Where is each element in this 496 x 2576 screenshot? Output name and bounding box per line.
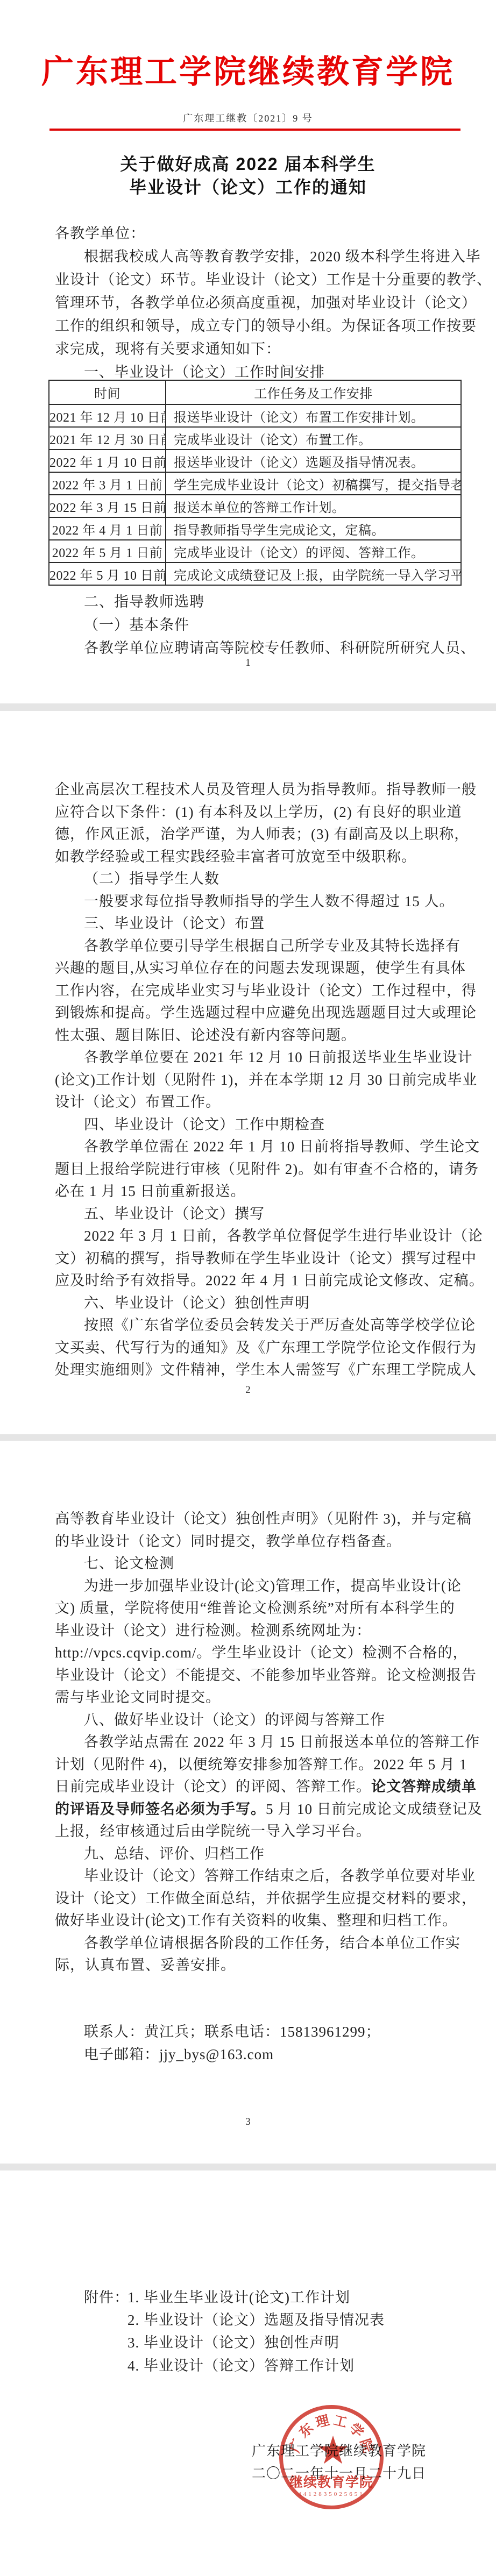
body-line: 业设计（论文）环节。毕业设计（论文）工作是十分重要的教学、 [55,271,492,288]
body-line: 各教学单位请根据各阶段的工作任务，结合本单位工作实 [84,1934,460,1952]
doc-number: 广东理工继教〔2021〕9 号 [0,111,496,125]
subsection-heading: （一）基本条件 [84,616,189,634]
section-heading-9: 九、总结、评价、归档工作 [84,1845,265,1862]
body-line: 企业高层次工程技术人员及管理人员为指导教师。指导教师一般 [55,781,477,798]
salutation: 各教学单位： [55,225,145,242]
detection-url-line: http://vpcs.cqvip.com/。学生毕业设计（论文）检测不合格的， [55,1644,467,1661]
body-line: 管理环节，各教学单位必须高度重视，加强对毕业设计（论文） [55,294,477,311]
body-line: 各教学单位要在 2021 年 12 月 10 日前报送毕业生毕业设计 [84,1049,473,1066]
red-rule [49,129,460,131]
attachment-item: 2. 毕业设计（论文）选题及指导情况表 [127,2308,385,2329]
body-line: 工作内容，在完成毕业实习与毕业设计（论文）工作过程中，得 [55,982,477,999]
body-line: 必在 1 月 15 日前重新报送。 [55,1183,246,1200]
body-line: 毕业设计（论文）进行检测。检测系统网址为： [55,1622,371,1639]
subsection-heading: （二）指导学生人数 [84,870,219,887]
contact-email-line: 电子邮箱：jjy_bys@163.com [84,2046,274,2063]
body-line: 做好毕业设计(论文)工作有关资料的收集、整理和归档工作。 [55,1912,457,1929]
time-cell: 2022 年 5 月 10 日前 [49,563,166,585]
body-text: 5 月 10 日前完成论文成绩登记及 [266,1801,483,1817]
emphasized-text: 论文答辩成绩单 [371,1778,477,1795]
body-text: 日前完成毕业设计（论文）的评阅、答辩工作。 [55,1778,371,1795]
page-gap [0,2164,496,2171]
time-cell: 2021 年 12 月 10 日前 [49,404,166,427]
table-row: 2022 年 5 月 1 日前 完成毕业设计（论文）的评阅、答辩工作。 [49,540,461,563]
page-1: 广东理工学院继续教育学院 广东理工继教〔2021〕9 号 关于做好成高 2022… [0,0,496,703]
section-heading-2: 二、指导教师选聘 [84,593,204,610]
task-cell: 完成论文成绩登记及上报，由学院统一导入学习平台。 [166,563,461,585]
body-line: 工作的组织和领导，成立专门的领导小组。为保证各项工作按要 [55,317,477,335]
table-header-row: 时间 工作任务及工作安排 [49,380,461,404]
time-cell: 2022 年 3 月 15 日前 [49,495,166,517]
contact-line: 联系人：黄江兵；联系电话：15813961299； [84,2023,381,2040]
table-row: 2022 年 5 月 10 日前 完成论文成绩登记及上报，由学院统一导入学习平台… [49,563,461,585]
time-header-cell: 时间 [49,380,166,404]
table-row: 2022 年 4 月 1 日前 指导教师指导学生完成论文，定稿。 [49,517,461,540]
body-line: 按照《广东省学位委员会转发关于严厉查处高等学校学位论 [84,1317,476,1334]
table-row: 2022 年 1 月 10 日前 报送毕业设计（论文）选题及指导情况表。 [49,450,461,472]
body-line: 各教学单位要引导学生根据自己所学专业及其特长选择有 [84,937,460,955]
body-line: 应及时给予有效指导。2022 年 4 月 1 日前完成论文修改、定稿。 [55,1272,484,1289]
body-line: 处理实施细则》文件精神，学生本人需签写《广东理工学院成人 [55,1361,477,1378]
body-line: 上报，经审核通过后由学院统一导入学习平台。 [55,1823,371,1840]
body-line-mixed: 的评语及导师签名必须为手写。5 月 10 日前完成论文成绩登记及 [55,1801,483,1818]
table-row: 2021 年 12 月 10 日前 报送毕业设计（论文）布置工作安排计划。 [49,404,461,427]
task-cell: 指导教师指导学生完成论文，定稿。 [166,517,461,540]
body-line: 到锻炼和提高。学生选题过程中应避免出现选题题目过大或理论 [55,1004,477,1021]
body-line: 各教学单位需在 2022 年 1 月 10 日前将指导教师、学生论文 [84,1138,480,1155]
body-line: 如教学经验或工程实践经验丰富者可放宽至中级职称。 [55,848,416,865]
body-line: 计划（见附件 4)，以便统筹安排参加答辩工作。2022 年 5 月 1 [55,1756,467,1773]
page-4: 附件： 1. 毕业生毕业设计(论文)工作计划 2. 毕业设计（论文）选题及指导情… [0,2171,496,2576]
task-cell: 学生完成毕业设计（论文）初稿撰写，提交指导老师。 [166,472,461,495]
body-line: 的毕业设计（论文）同时提交，教学单位存档备查。 [55,1533,401,1550]
table-row: 2021 年 12 月 30 日前 完成毕业设计（论文）布置工作。 [49,427,461,450]
table-row: 2022 年 3 月 1 日前 学生完成毕业设计（论文）初稿撰写，提交指导老师。 [49,472,461,495]
body-line: 文买卖、代写行为的通知》及《广东理工学院学位论文作假行为 [55,1339,477,1356]
body-line: 各教学单位应聘请高等院校专任教师、科研院所研究人员、 [84,639,476,657]
body-line: 为进一步加强毕业设计(论文)管理工作，提高毕业设计(论 [84,1577,462,1595]
time-cell: 2022 年 1 月 10 日前 [49,450,166,472]
section-heading-7: 七、论文检测 [84,1555,174,1572]
body-line: (论文)工作计划（见附件 1)，并在本学期 12 月 30 日前完成毕业 [55,1071,477,1088]
time-cell: 2022 年 4 月 1 日前 [49,517,166,540]
time-cell: 2021 年 12 月 30 日前 [49,427,166,450]
task-cell: 报送毕业设计（论文）选题及指导情况表。 [166,450,461,472]
doc-title-line2: 毕业设计（论文）工作的通知 [0,177,496,197]
body-line-mixed: 日前完成毕业设计（论文）的评阅、答辩工作。论文答辩成绩单 [55,1778,477,1795]
official-seal: 广 东 理 工 学 院 ★ 继续教育学院 4412835025651 [279,2405,384,2509]
page-gap [0,703,496,711]
doc-title-line1: 关于做好成高 2022 届本科学生 [0,154,496,174]
task-header-cell: 工作任务及工作安排 [166,380,461,404]
document-viewer: 广东理工学院继续教育学院 广东理工继教〔2021〕9 号 关于做好成高 2022… [0,0,496,2576]
body-line: 德，作风正派，治学严谨，为人师表；(3) 有副高及以上职称， [55,826,469,843]
body-line: 设计（论文）布置工作。 [55,1093,221,1111]
body-line: 根据我校成人高等教育教学安排，2020 级本科学生将进入毕 [84,248,481,265]
page-2: 企业高层次工程技术人员及管理人员为指导教师。指导教师一般 应符合以下条件：(1)… [0,711,496,1434]
body-line: 际，认真布置、妥善安排。 [55,1956,236,1974]
seal-serial-number: 4412835025651 [279,2491,384,2497]
body-line: 设计（论文）工作做全面总结，并依据学生应提交材料的要求， [55,1890,477,1907]
attachments-label: 附件： [84,2286,129,2307]
task-cell: 完成毕业设计（论文）的评阅、答辩工作。 [166,540,461,563]
masthead-title: 广东理工学院继续教育学院 [0,53,496,91]
body-line: 毕业设计（论文）不能提交、不能参加毕业答辩。论文检测报告 [55,1667,477,1684]
section-heading-4: 四、毕业设计（论文）工作中期检查 [84,1116,325,1133]
time-cell: 2022 年 3 月 1 日前 [49,472,166,495]
attachment-item: 1. 毕业生毕业设计(论文)工作计划 [127,2286,350,2307]
attachment-item: 3. 毕业设计（论文）独创性声明 [127,2331,339,2352]
time-cell: 2022 年 5 月 1 日前 [49,540,166,563]
attachment-item: 4. 毕业设计（论文）答辩工作计划 [127,2354,355,2375]
task-cell: 报送毕业设计（论文）布置工作安排计划。 [166,404,461,427]
body-line: 应符合以下条件：(1) 有本科及以上学历，(2) 有良好的职业道 [55,803,462,821]
body-line: 一般要求每位指导教师指导的学生人数不得超过 15 人。 [84,893,455,910]
section-heading-6: 六、毕业设计（论文）独创性声明 [84,1294,310,1312]
star-icon: ★ [316,2431,351,2470]
body-line: 文）初稿的撰写，指导教师在学生毕业设计（论文）撰写过程中 [55,1250,477,1267]
task-cell: 报送本单位的答辩工作计划。 [166,495,461,517]
section-heading-8: 八、做好毕业设计（论文）的评阅与答辩工作 [84,1711,385,1728]
page-number: 1 [0,657,496,669]
section-heading-5: 五、毕业设计（论文）撰写 [84,1205,265,1222]
schedule-table: 时间 工作任务及工作安排 2021 年 12 月 10 日前 报送毕业设计（论文… [48,380,462,586]
body-line: 兴趣的题目,从实习单位存在的问题去发现课题，使学生有具体 [55,959,466,977]
page-3: 高等教育毕业设计（论文）独创性声明》（见附件 3)，并与定稿 的毕业设计（论文）… [0,1441,496,2164]
body-line: 求完成，现将有关要求通知如下： [55,340,281,358]
section-heading-3: 三、毕业设计（论文）布置 [84,915,265,932]
section-heading-1: 一、毕业设计（论文）工作时间安排 [84,364,325,381]
page-gap [0,1434,496,1441]
body-line: 2022 年 3 月 1 日前，各教学单位督促学生进行毕业设计（论 [84,1227,483,1244]
table-row: 2022 年 3 月 15 日前 报送本单位的答辩工作计划。 [49,495,461,517]
body-line: 高等教育毕业设计（论文）独创性声明》（见附件 3)，并与定稿 [55,1510,472,1527]
page-number: 3 [0,2116,496,2128]
task-cell: 完成毕业设计（论文）布置工作。 [166,427,461,450]
body-line: 毕业设计（论文）答辩工作结束之后，各教学单位要对毕业 [84,1867,476,1884]
body-line: 需与毕业论文同时提交。 [55,1689,221,1706]
seal-bottom-text: 继续教育学院 [279,2472,384,2491]
body-line: 各教学站点需在 2022 年 3 月 15 日前报送本单位的答辩工作 [84,1733,480,1750]
emphasized-text: 的评语及导师签名必须为手写。 [55,1801,266,1817]
body-line: 文) 质量，学院将使用“维普论文检测系统”对所有本科学生的 [55,1599,455,1617]
body-line: 性太强、题目陈旧、论述没有新内容等问题。 [55,1027,356,1044]
page-number: 2 [0,1384,496,1396]
body-line: 题目上报给学院进行审核（见附件 2)。如有审查不合格的，请务 [55,1161,479,1178]
